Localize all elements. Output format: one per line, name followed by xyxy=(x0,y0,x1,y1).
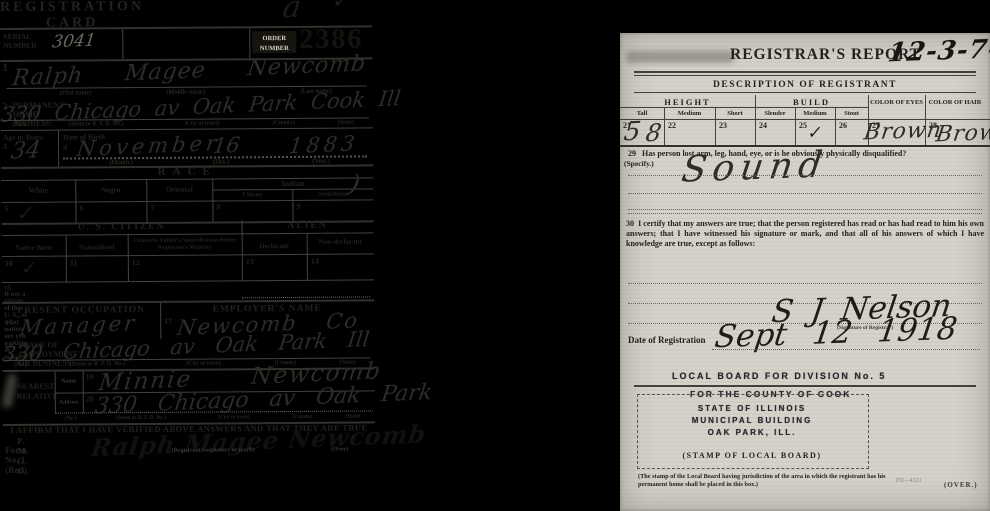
subcol-medium-h: Medium xyxy=(664,110,715,117)
local-board-stamp-line5: OAK PARK, ILL. xyxy=(637,428,867,437)
subcol-slender: Slender xyxy=(755,110,795,117)
q29-line-1 xyxy=(628,175,982,176)
hair-color-handwriting: Brown xyxy=(934,120,990,148)
race-num-9: 9 xyxy=(296,202,300,211)
hair-column-header: COLOR OF HAIR xyxy=(925,99,985,107)
form-number: Form No. 1 (Red) xyxy=(5,445,27,475)
serial-box-divider xyxy=(122,29,123,59)
declarant-label: Declarant xyxy=(242,242,307,250)
native-born-label: Native Born xyxy=(2,244,66,252)
relative-no-caption: (No.) xyxy=(57,415,85,421)
first-name-caption: (First name) xyxy=(31,89,121,97)
desc-line-5 xyxy=(835,107,836,145)
citizen-num-11: 11 xyxy=(70,258,78,267)
address-no-caption: (No.) xyxy=(3,122,35,128)
table-subheader-line xyxy=(620,107,868,108)
q29-line-3b xyxy=(628,213,982,214)
stamp-footnote: (The stamp of the Local Board having jur… xyxy=(638,473,890,489)
height-group-header: HEIGHT xyxy=(620,97,755,107)
q29-line-3a xyxy=(628,209,982,210)
alien-header: ALIEN xyxy=(242,220,374,231)
citizenship-table: U. S. CITIZEN ALIEN Native Born Naturali… xyxy=(2,219,374,283)
nearest-relative-side-label: NEAREST RELATIVE xyxy=(17,382,57,401)
citizen-by-father-label: Citizen by Father's Naturalization Befor… xyxy=(130,237,240,252)
race-num-8: 8 xyxy=(216,202,220,211)
age-dob-row: Age in Years 3 34 Date of Birth 4 Novemb… xyxy=(1,127,373,169)
serial-number-label: SERIAL NUMBER xyxy=(3,33,47,51)
build-group-header: BUILD xyxy=(755,97,868,107)
height-inches-handwriting: 8 xyxy=(644,119,663,148)
relative-address-label: Address xyxy=(56,399,82,405)
stamp-rule xyxy=(634,385,976,387)
age-box-divider xyxy=(58,131,59,167)
race-oriental-label: Oriental xyxy=(146,185,212,194)
subcol-short: Short xyxy=(715,110,755,117)
citizen-num-13: 13 xyxy=(246,257,254,266)
description-rule xyxy=(634,92,976,93)
place-no-caption: (No.) xyxy=(5,362,37,368)
desc-num-24: 24 xyxy=(759,121,767,130)
division-code-handwriting: 12-3-7-C xyxy=(886,34,990,69)
registrant-signature-caption: (Registrant's signature or mark) xyxy=(128,447,298,454)
us-citizen-header: U. S. CITIZEN xyxy=(2,221,242,233)
citizen-num-14: 14 xyxy=(311,257,319,266)
race-number-row-line xyxy=(1,199,373,203)
dob-day-handwriting: 16 xyxy=(211,133,241,158)
title-rule-1 xyxy=(634,71,976,73)
certification-paragraph: 30 I certify that my answers are true; t… xyxy=(626,219,984,249)
certification-text: I certify that my answers are true; that… xyxy=(626,219,984,248)
eyes-color-handwriting: Brown xyxy=(862,118,943,146)
dob-year-handwriting: 1883 xyxy=(287,131,360,158)
field-30-number: 30 xyxy=(626,219,634,228)
subcol-stout: Stout xyxy=(835,110,868,117)
registrars-report-back: REGISTRAR'S REPORT 12-3-7-C DESCRIPTION … xyxy=(620,33,990,511)
race-negro-label: Negro xyxy=(75,185,146,194)
order-box-divider xyxy=(249,28,250,58)
date-line xyxy=(712,349,980,350)
relative-city-caption: (City or town) xyxy=(199,414,269,420)
q29-answer-handwriting: Sound xyxy=(679,144,830,190)
race-num-7: 7 xyxy=(150,203,154,212)
local-board-stamp-line1: LOCAL BOARD FOR DIVISION No. 5 xyxy=(672,371,886,381)
race-table: White Negro Oriental Indian Citizen Nonc… xyxy=(1,177,373,225)
non-declarant-label: Non-declarant xyxy=(307,237,374,246)
serial-number-value: 3041 xyxy=(51,31,97,53)
race-num-6: 6 xyxy=(79,203,83,212)
citizen-col-line-1 xyxy=(66,235,67,282)
desc-num-22: 22 xyxy=(668,121,676,130)
pen-scribble-smudge xyxy=(1,373,18,408)
description-table: HEIGHT BUILD COLOR OF EYES COLOR OF HAIR… xyxy=(620,95,990,147)
cert-line-1 xyxy=(628,283,982,284)
relative-street-caption: (Street or R. F. D. No.) xyxy=(91,415,191,422)
line15-answer-line xyxy=(242,296,370,298)
citizen-num-10: 10 xyxy=(5,259,13,268)
stamp-box-caption: (STAMP OF LOCAL BOARD) xyxy=(637,451,867,460)
relative-state-caption: (State) xyxy=(333,413,373,419)
field-17-number: 17 xyxy=(164,317,172,326)
race-num-5: 5 xyxy=(4,204,8,213)
desc-num-26: 26 xyxy=(839,121,847,130)
title-rule-2 xyxy=(634,75,976,76)
desc-line-1 xyxy=(664,107,665,145)
field-16-number: 16 xyxy=(5,318,13,327)
handwritten-annotation-a: a xyxy=(281,0,304,25)
over-caption-back: (OVER.) xyxy=(944,481,978,489)
local-board-stamp-line3: STATE OF ILLINOIS xyxy=(637,404,867,413)
naturalized-label: Naturalized xyxy=(66,243,128,251)
desc-num-25: 25 xyxy=(799,121,807,130)
place-street-caption: (Street or R. F. D. No.) xyxy=(43,361,153,368)
field-29-number: 29 xyxy=(628,149,636,158)
occupation-handwriting: Manager xyxy=(19,311,139,340)
desc-line-2 xyxy=(715,107,716,145)
local-board-stamp-line4: MUNICIPAL BUILDING xyxy=(637,416,867,425)
build-check-mark: ✓ xyxy=(806,122,823,143)
q29-specify-caption: (Specify.) xyxy=(624,159,654,168)
native-born-check-mark: ✓ xyxy=(20,257,38,280)
top-check-mark: ✓ xyxy=(330,0,354,15)
date-of-registration-label: Date of Registration xyxy=(628,335,705,345)
order-number-label: ORDER NUMBER xyxy=(252,31,296,53)
over-caption-front: (Over) xyxy=(331,447,348,453)
relative-county-caption: (County) xyxy=(275,414,330,420)
height-feet-handwriting: 5 xyxy=(622,117,643,148)
nearest-relative-section: NEAREST RELATIVE Name Address 19 Minnie … xyxy=(3,367,375,426)
relative-name-label: Name xyxy=(56,378,82,384)
age-value-handwriting: 34 xyxy=(9,137,42,164)
citizen-num-12: 12 xyxy=(132,258,140,267)
desc-line-3 xyxy=(755,95,756,145)
field-4-number: 4 xyxy=(63,143,67,152)
race-white-label: White xyxy=(1,185,75,195)
citizen-header-line xyxy=(2,232,374,236)
print-code: FD—4121 xyxy=(896,478,922,484)
address-state-caption: (State) xyxy=(323,119,369,125)
subcol-medium-b: Medium xyxy=(795,110,835,117)
description-header: DESCRIPTION OF REGISTRANT xyxy=(620,80,990,90)
desc-line-4 xyxy=(795,107,796,145)
field-20-number: 20 xyxy=(86,394,94,403)
race-indian-citizen-label: Citizen xyxy=(212,191,292,199)
q29-line-2 xyxy=(628,193,982,194)
race-indian-noncitizen-label: Noncitizen xyxy=(292,190,373,198)
faded-stamp-smudge xyxy=(626,51,734,63)
field-3-number: 3 xyxy=(3,142,7,151)
address-street-caption: (Street or R. F. D. No.) xyxy=(41,121,151,128)
address-city-caption: (City or town) xyxy=(159,120,245,127)
field-1-number: 1 xyxy=(2,62,8,74)
address-county-caption: (County) xyxy=(253,120,315,126)
scanned-registration-card-page: { "scan": { "left_card": { "title": "REG… xyxy=(0,0,990,511)
eyes-column-header: COLOR OF EYES xyxy=(868,99,925,107)
field-19-number: 19 xyxy=(86,372,94,381)
desc-num-23: 23 xyxy=(719,121,727,130)
